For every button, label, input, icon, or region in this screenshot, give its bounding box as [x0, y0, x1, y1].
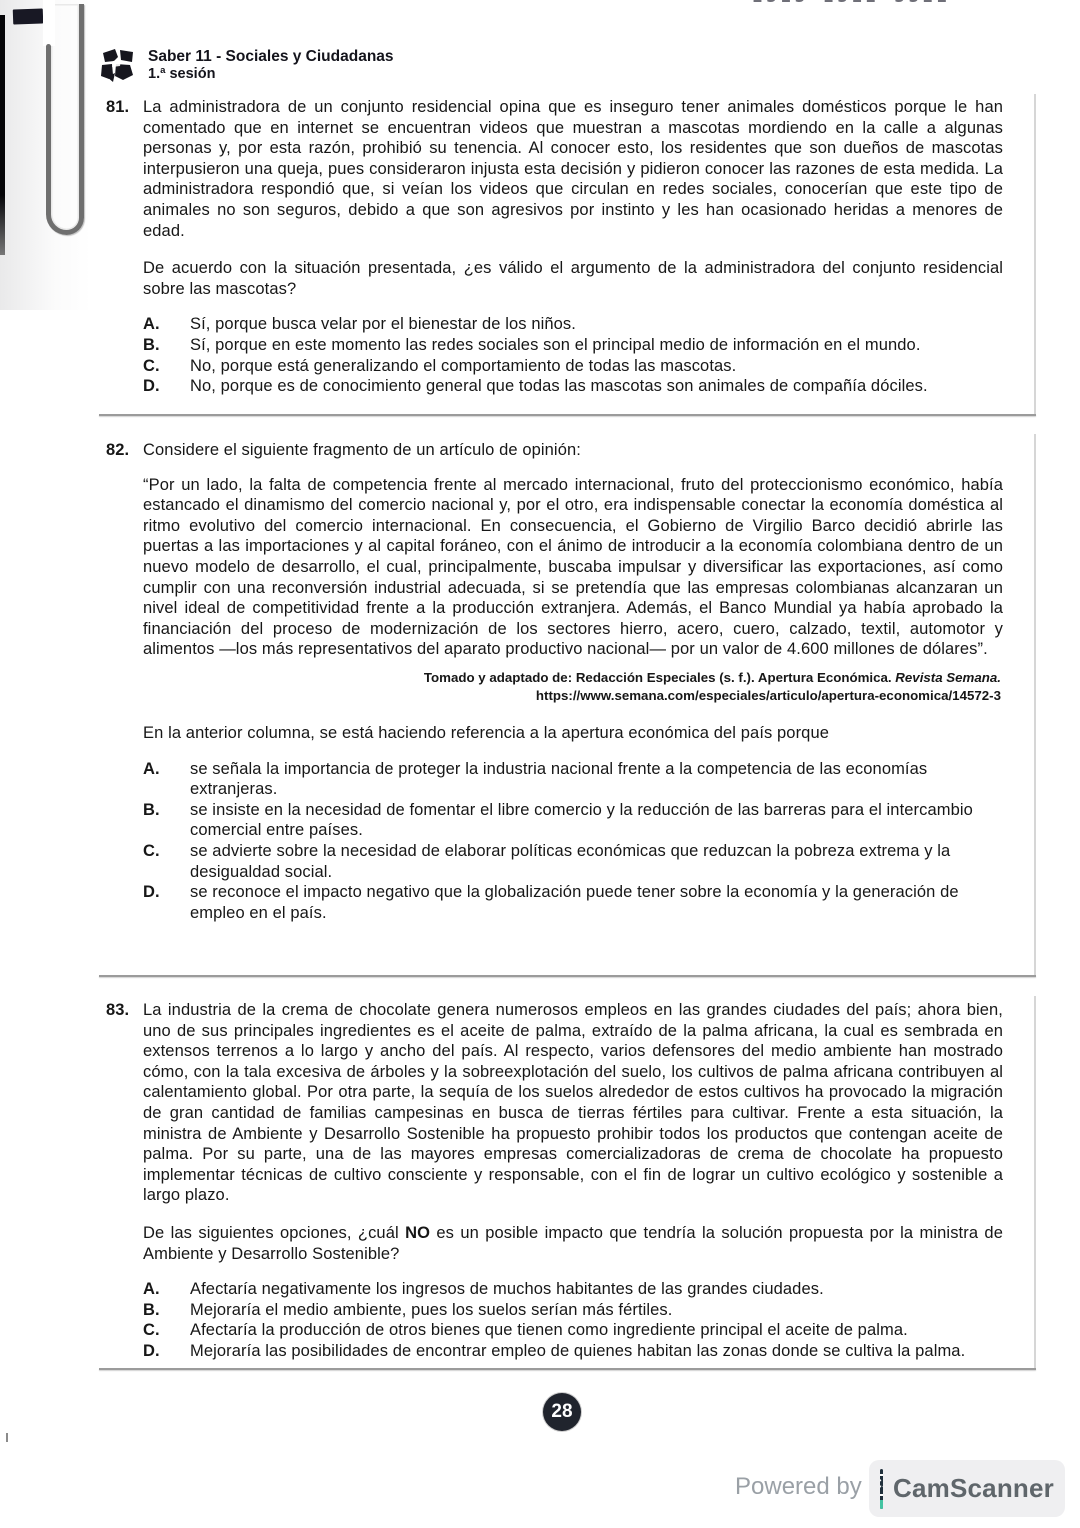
camscanner-brand-label: CamScanner — [893, 1473, 1054, 1504]
question-number: 82. — [106, 440, 129, 461]
option-b: B. Sí, porque en este momento las redes … — [143, 335, 1003, 356]
exam-header: Saber 11 - Sociales y Ciudadanas 1.ª ses… — [99, 47, 394, 91]
corner-scan-fragment: 1313 1312 3322 — [752, 0, 982, 9]
options-list: A. Afectaría negativamente los ingresos … — [143, 1279, 1003, 1361]
option-letter: C. — [143, 356, 190, 377]
scan-speck — [6, 1433, 8, 1442]
page-number-badge: 28 — [543, 1393, 581, 1431]
cs-monogram: CS — [880, 1474, 883, 1496]
option-letter: B. — [143, 1300, 190, 1321]
cs-teal-stripe — [880, 1500, 883, 1509]
question-81-block: 81. La administradora de un conjunto res… — [100, 94, 1036, 416]
option-letter: B. — [143, 335, 190, 356]
option-b: B. Mejoraría el medio ambiente, pues los… — [143, 1300, 1003, 1321]
options-list: A. Sí, porque busca velar por el bienest… — [143, 314, 1003, 396]
option-letter: C. — [143, 841, 190, 882]
question-prompt: En la anterior columna, se está haciendo… — [143, 723, 1003, 744]
binder-clip-mark — [13, 8, 44, 24]
scanned-exam-page: 1313 1312 3322 Saber 11 - Sociales y Ciu… — [0, 0, 1080, 1528]
source-url: https://www.semana.com/especiales/articu… — [143, 687, 1001, 706]
session-subtitle: 1.ª sesión — [148, 66, 394, 83]
question-prompt: De las siguientes opciones, ¿cuál NO es … — [143, 1223, 1003, 1264]
camscanner-pill: CS CamScanner — [869, 1460, 1065, 1517]
option-text: se advierte sobre la necesidad de elabor… — [190, 841, 1003, 882]
option-letter: D. — [143, 1341, 190, 1362]
source-line: Tomado y adaptado de: Redacción Especial… — [143, 669, 1001, 688]
option-c: C. se advierte sobre la necesidad de ela… — [143, 841, 1003, 882]
quote-paragraph: “Por un lado, la falta de competencia fr… — [143, 475, 1003, 660]
option-text: No, porque es de conocimiento general qu… — [190, 376, 1003, 397]
option-d: D. se reconoce el impacto negativo que l… — [143, 882, 1003, 923]
question-number: 83. — [106, 1000, 129, 1021]
option-b: B. se insiste en la necesidad de fomenta… — [143, 800, 1003, 841]
option-letter: B. — [143, 800, 190, 841]
option-letter: A. — [143, 314, 190, 335]
camscanner-logo-icon: CS — [880, 1469, 883, 1509]
paperclip-mask — [43, 0, 55, 46]
question-body: La administradora de un conjunto residen… — [143, 97, 1003, 241]
question-body: La industria de la crema de chocolate ge… — [143, 1000, 1003, 1206]
question-prompt: De acuerdo con la situación presentada, … — [143, 258, 1003, 299]
option-letter: D. — [143, 376, 190, 397]
option-letter: A. — [143, 1279, 190, 1300]
option-text: Afectaría la producción de otros bienes … — [190, 1320, 1003, 1341]
option-text: se señala la importancia de proteger la … — [190, 759, 1003, 800]
option-text: Mejoraría las posibilidades de encontrar… — [190, 1341, 1003, 1362]
paperclip-wire-tip — [46, 44, 51, 49]
option-c: C. No, porque está generalizando el comp… — [143, 356, 1003, 377]
question-82-block: 82. Considere el siguiente fragmento de … — [100, 434, 1036, 977]
option-letter: D. — [143, 882, 190, 923]
option-text: Mejoraría el medio ambiente, pues los su… — [190, 1300, 1003, 1321]
option-d: D. No, porque es de conocimiento general… — [143, 376, 1003, 397]
option-c: C. Afectaría la producción de otros bien… — [143, 1320, 1003, 1341]
option-a: A. Sí, porque busca velar por el bienest… — [143, 314, 1003, 335]
option-text: Afectaría negativamente los ingresos de … — [190, 1279, 1003, 1300]
source-attribution: Tomado y adaptado de: Redacción Especial… — [143, 669, 1001, 706]
option-text: se reconoce el impacto negativo que la g… — [190, 882, 1003, 923]
option-text: No, porque está generalizando el comport… — [190, 356, 1003, 377]
question-number: 81. — [106, 97, 129, 118]
option-letter: A. — [143, 759, 190, 800]
scan-edge-strip — [0, 15, 5, 255]
option-d: D. Mejoraría las posibilidades de encont… — [143, 1341, 1003, 1362]
question-83-block: 83. La industria de la crema de chocolat… — [100, 996, 1036, 1370]
option-a: A. se señala la importancia de proteger … — [143, 759, 1003, 800]
question-body: Considere el siguiente fragmento de un a… — [143, 440, 1003, 461]
powered-by-label: Powered by — [735, 1473, 862, 1501]
source-publication: Revista Semana. — [895, 670, 1001, 685]
saber11-logo-icon — [99, 48, 137, 85]
option-text: se insiste en la necesidad de fomentar e… — [190, 800, 1003, 841]
option-text: Sí, porque en este momento las redes soc… — [190, 335, 1003, 356]
option-a: A. Afectaría negativamente los ingresos … — [143, 1279, 1003, 1300]
options-list: A. se señala la importancia de proteger … — [143, 759, 1003, 924]
option-text: Sí, porque busca velar por el bienestar … — [190, 314, 1003, 335]
prompt-emphasis: NO — [405, 1224, 430, 1242]
exam-title: Saber 11 - Sociales y Ciudadanas — [148, 48, 394, 66]
option-letter: C. — [143, 1320, 190, 1341]
